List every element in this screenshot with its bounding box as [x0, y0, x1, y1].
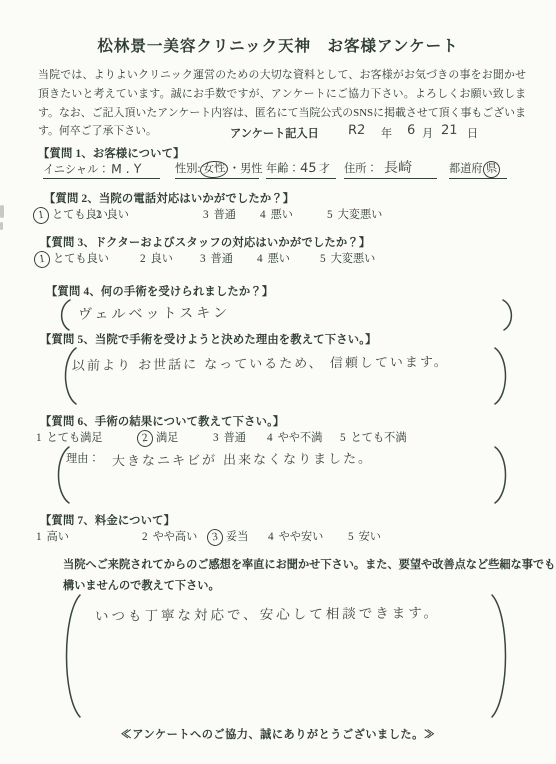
feedback-box-bracket-right — [486, 591, 516, 721]
q6-option-4: 4やや不満 — [267, 429, 322, 445]
q2-option-5-num: 5 — [327, 209, 333, 221]
q7-option-4-num: 4 — [268, 531, 274, 543]
q3-option-3: 3普通 — [200, 250, 233, 266]
q6-option-1: 1とても満足 — [36, 429, 103, 445]
q2-option-4-num: 4 — [260, 209, 266, 221]
q3-option-5-label: 大変悪い — [331, 253, 376, 265]
q5-answer-box-bracket-right — [492, 345, 514, 407]
q1-gender-rest: ・男性 — [229, 163, 263, 175]
q6-option-5-label: とても不満 — [351, 432, 407, 444]
q7-option-2: 2やや高い — [142, 528, 197, 544]
q2-option-3-label: 普通 — [214, 209, 236, 221]
q3-option-1: 1とても良い — [37, 250, 109, 268]
q3-option-3-label: 普通 — [211, 253, 233, 265]
q1-address-label: 住所： — [344, 163, 378, 175]
q1-initial-value-handwritten: M . Y — [111, 161, 142, 176]
q3-option-5-num: 5 — [320, 253, 326, 265]
q5-answer-handwritten: 以前より お世話に なっているため、 信頼しています。 — [72, 351, 449, 374]
date-day-unit: 日 — [467, 125, 478, 141]
q2-option-5-label: 大変悪い — [338, 209, 383, 221]
q1-age-unit: 才 — [319, 163, 330, 175]
q1-address-value-handwritten: 長崎 — [383, 161, 412, 176]
q1-prefecture-field: 都道府県 — [449, 161, 507, 179]
q1-address-field: 住所：長崎 — [344, 161, 437, 179]
q7-option-2-num: 2 — [142, 531, 148, 543]
q6-option-1-label: とても満足 — [47, 432, 103, 444]
q4-answer-box-bracket-left — [53, 297, 73, 333]
q2-options-row: 1とても良い 2良い 3普通 4悪い 5大変悪い — [0, 206, 556, 223]
page-title: 松林景一美容クリニック天神 お客様アンケート — [0, 34, 556, 56]
q7-option-1: 1高い — [36, 528, 69, 544]
feedback-answer-handwritten: いつも丁寧な対応で、安心して相談できます。 — [95, 601, 441, 625]
q4-answer-box-bracket-right — [500, 297, 520, 333]
q2-option-3: 3普通 — [203, 206, 236, 222]
date-month-unit: 月 — [422, 125, 433, 141]
q6-option-2-selected-circle: 2 — [136, 429, 154, 448]
q3-option-2-num: 2 — [140, 253, 146, 265]
q3-options-row: 1とても良い 2良い 3普通 4悪い 5大変悪い — [0, 250, 556, 267]
q2-option-2: 2良い — [96, 206, 129, 222]
q3-option-2: 2良い — [140, 250, 173, 266]
q3-option-4-num: 4 — [257, 253, 263, 265]
q2-option-5: 5大変悪い — [327, 206, 382, 222]
q3-option-1-selected-circle: 1 — [33, 250, 51, 269]
q7-option-3: 3妥当 — [210, 528, 248, 546]
q7-option-5: 5安い — [348, 528, 381, 544]
q6-reason-handwritten: 大きなニキビが 出来なくなりました。 — [112, 448, 374, 470]
scan-artifact — [0, 222, 3, 230]
q2-option-1-selected-circle: 1 — [32, 206, 50, 225]
q6-option-3: 3普通 — [213, 429, 246, 445]
q6-reason-label: 理由： — [66, 450, 100, 466]
q3-header: 【質問 3、ドクターおよびスタッフの対応はいかがでしたか？】 — [40, 234, 370, 250]
q7-option-5-label: 安い — [359, 531, 381, 543]
q1-prefecture-prefix: 都道府 — [449, 163, 483, 175]
q7-header: 【質問 7、料金について】 — [40, 512, 175, 528]
date-month-value-handwritten: 6 — [407, 123, 416, 138]
q7-option-3-selected-circle: 3 — [206, 528, 224, 547]
q1-header: 【質問 1、お客様について】 — [38, 145, 185, 161]
q1-age-value-handwritten: 45 — [299, 161, 316, 176]
q4-answer-handwritten: ヴェルベットスキン — [78, 302, 231, 324]
q1-initial-field: イニシャル：M . Y — [43, 161, 160, 179]
q1-initial-label: イニシャル： — [43, 164, 109, 176]
q7-option-1-num: 1 — [36, 531, 42, 543]
q1-gender-label: 性別: — [175, 163, 200, 175]
q6-header: 【質問 6、手術の結果について教えて下さい。】 — [40, 413, 284, 429]
q6-option-3-label: 普通 — [224, 432, 246, 444]
q4-header: 【質問 4、何の手術を受けられましたか？】 — [46, 283, 273, 299]
date-year-value-handwritten: R2 — [348, 123, 366, 138]
feedback-box-bracket-left — [56, 591, 86, 721]
q6-option-2: 2満足 — [140, 429, 178, 447]
q6-reason-box-bracket-right — [492, 444, 514, 506]
q2-option-2-label: 良い — [107, 209, 129, 221]
survey-scan-page: 松林景一美容クリニック天神 お客様アンケート 当院では、よりよいクリニック運営の… — [0, 0, 556, 764]
q1-gender-field: 性別:女性・男性 — [175, 161, 259, 179]
q7-option-5-num: 5 — [348, 531, 354, 543]
q6-option-2-label: 満足 — [156, 432, 178, 444]
q6-option-5-num: 5 — [340, 432, 346, 444]
q1-age-field: 年齢：45 才 — [266, 161, 336, 179]
q6-option-3-num: 3 — [213, 432, 219, 444]
date-label: アンケート記入日 — [230, 125, 319, 141]
date-day-value-handwritten: 21 — [441, 123, 458, 138]
q7-options-row: 1高い 2やや高い 3妥当 4やや安い 5安い — [0, 528, 556, 545]
q5-header: 【質問 5、当院で手術を受けようと決めた理由を教えて下さい。】 — [40, 331, 377, 347]
survey-date-line: アンケート記入日 R2 年 6 月 21 日 — [0, 125, 556, 143]
q3-option-3-num: 3 — [200, 253, 206, 265]
date-year-unit: 年 — [381, 125, 392, 141]
feedback-prompt-line2: 構いませんので教えて下さい。 — [63, 577, 523, 593]
feedback-prompt-line1: 当院へご来院されてからのご感想を率直にお聞かせ下さい。また、要望や改善点など些細… — [63, 556, 523, 572]
q2-option-4: 4悪い — [260, 206, 293, 222]
q6-option-4-label: やや不満 — [278, 432, 323, 444]
q1-prefecture-circled: 県 — [482, 160, 500, 178]
q6-option-4-num: 4 — [267, 432, 273, 444]
q3-option-5: 5大変悪い — [320, 250, 375, 266]
q3-option-4-label: 悪い — [268, 253, 290, 265]
q7-option-2-label: やや高い — [153, 531, 198, 543]
q2-header: 【質問 2、当院の電話対応はいかがでしたか？】 — [44, 190, 294, 206]
q2-option-2-num: 2 — [96, 209, 102, 221]
q7-option-1-label: 高い — [47, 531, 69, 543]
q3-option-4: 4悪い — [257, 250, 290, 266]
q6-option-1-num: 1 — [36, 432, 42, 444]
q7-option-3-label: 妥当 — [226, 531, 248, 543]
q1-gender-circled-value: 女性 — [200, 160, 230, 179]
q3-option-1-label: とても良い — [53, 253, 109, 265]
q7-option-4: 4やや安い — [268, 528, 323, 544]
q7-option-4-label: やや安い — [279, 531, 324, 543]
q2-option-4-label: 悪い — [271, 209, 293, 221]
q1-age-label: 年齢： — [266, 163, 300, 175]
q6-options-row: 1とても満足 2満足 3普通 4やや不満 5とても不満 — [0, 429, 556, 446]
footer-thanks: ≪アンケートへのご協力、誠にありがとうございました。≫ — [0, 726, 556, 742]
q6-option-5: 5とても不満 — [340, 429, 407, 445]
q3-option-2-label: 良い — [151, 253, 173, 265]
q2-option-3-num: 3 — [203, 209, 209, 221]
